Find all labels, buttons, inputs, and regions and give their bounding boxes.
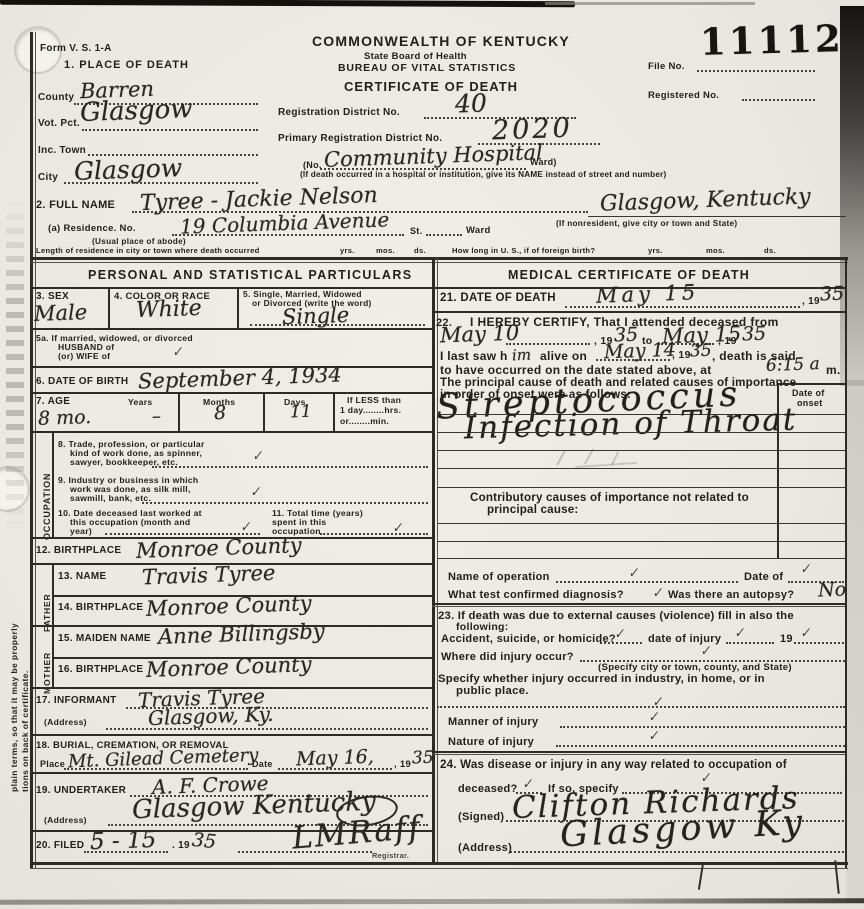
m-label: m.	[826, 364, 841, 376]
to-year: 35	[742, 325, 767, 345]
certificate-title: CERTIFICATE OF DEATH	[344, 80, 518, 93]
onset-box-top	[777, 383, 845, 385]
age-months-value: 8	[214, 404, 227, 423]
operation-line	[556, 581, 738, 583]
contrib-rule2	[437, 541, 845, 542]
section24-top	[432, 751, 845, 753]
length-mos: mos.	[376, 247, 395, 255]
cause-line2-value: Infection of Throat	[464, 405, 798, 445]
signed-addr-line	[510, 851, 844, 853]
onset-label1: Date of	[792, 389, 825, 398]
autopsy-answer: No	[818, 581, 847, 601]
dateof-checkmark: ✓	[799, 562, 812, 576]
age-label: 7. AGE	[36, 397, 70, 407]
us-ds: ds.	[764, 247, 776, 255]
signature-descender-2	[834, 860, 840, 894]
operation-label: Name of operation	[448, 572, 550, 583]
dateof-label: Date of	[744, 572, 783, 583]
row21-bottom	[432, 311, 845, 313]
mother-name-label: 15. MAIDEN NAME	[58, 634, 151, 644]
signed-addr-label: (Address)	[458, 843, 512, 854]
registrar-label: Registrar.	[372, 852, 409, 859]
time-value: 6:15 a	[766, 356, 820, 375]
deceased-label: deceased?	[458, 784, 518, 795]
dod-year: 35	[820, 285, 845, 305]
registrar-signature: LMRaff	[291, 812, 423, 854]
margin-note-line1: plain terms, so that it may be properly	[9, 623, 20, 792]
dod-line	[565, 306, 800, 308]
dob-value: September 4, 1934	[138, 364, 342, 392]
marital-line	[250, 324, 425, 326]
age-less-line2: 1 day........hrs.	[340, 406, 401, 415]
death-certificate-scan: plain terms, so that it may be properly …	[0, 0, 864, 909]
sex-color-divider	[108, 287, 110, 328]
st-line	[426, 234, 462, 236]
cause-rule5	[437, 487, 845, 488]
to-19: , 19	[718, 336, 737, 347]
father-bp-label: 14. BIRTHPLACE	[58, 603, 143, 613]
columns-top-border2	[30, 262, 848, 263]
column-divider-inner	[437, 257, 438, 862]
doi-19-label: 19	[780, 634, 793, 645]
burial-place-line	[64, 768, 248, 770]
r9-line	[142, 502, 428, 504]
attended-from-line	[506, 343, 590, 345]
age-value: 8 mo.	[38, 408, 92, 429]
autopsy-label: Was there an autopsy?	[668, 590, 794, 601]
st-label: St.	[410, 227, 422, 236]
us-mos: mos.	[706, 247, 725, 255]
place-of-death-title: 1. PLACE OF DEATH	[64, 60, 189, 71]
dob-label: 6. DATE OF BIRTH	[36, 377, 128, 387]
ward-label: Ward	[466, 226, 491, 236]
age-div3	[333, 392, 335, 431]
county-label: County	[38, 93, 74, 103]
nature-checkmark: ✓	[647, 729, 660, 743]
informant-addr-line	[106, 728, 428, 730]
hospital-note: (If death occurred in a hospital or inst…	[300, 171, 666, 179]
cause-rule3	[437, 450, 845, 451]
doi-year-line	[794, 642, 844, 644]
r5a-checkmark: ✓	[171, 345, 184, 359]
margin-faint-text	[6, 200, 24, 530]
occurred-text: to have occurred on the date stated abov…	[440, 364, 712, 376]
section23-top2	[432, 606, 845, 607]
us-yrs: yrs.	[648, 247, 663, 255]
undertaker-addr-label: (Address)	[44, 816, 87, 825]
inc-town-label: Inc. Town	[38, 146, 86, 156]
saw-text1: I last saw h	[440, 350, 508, 362]
filed-line	[84, 851, 168, 853]
vot-pct-value: Glasgow	[80, 96, 193, 126]
reg-district-value: 40	[455, 90, 488, 116]
informant-addr-value: Glasgow, Ky.	[148, 704, 274, 728]
age-div1	[178, 392, 180, 431]
saw-year: 35	[690, 343, 712, 361]
age-less-line1: If LESS than	[347, 396, 401, 405]
saw-19: , 19	[672, 350, 691, 361]
birthplace-value: Monroe County	[136, 535, 302, 562]
personal-title-bottom	[30, 287, 432, 289]
filed-19-label: . 19	[172, 841, 190, 851]
dod-value: May 15	[596, 282, 700, 307]
onset-label2: onset	[797, 399, 823, 408]
birthplace-label: 12. BIRTHPLACE	[36, 546, 121, 556]
undertaker-label: 19. UNDERTAKER	[36, 786, 126, 796]
burial-19-label: , 19	[394, 760, 411, 770]
personal-title: PERSONAL AND STATISTICAL PARTICULARS	[88, 269, 412, 282]
row3-bottom	[30, 328, 432, 330]
primary-district-label: Primary Registration District No.	[278, 134, 442, 144]
father-bp-value: Monroe County	[146, 593, 312, 620]
mother-name-value: Anne Billingsby	[158, 621, 325, 648]
age-years-value: –	[152, 408, 162, 426]
test-checkmark: ✓	[651, 586, 664, 600]
bureau: BUREAU OF VITAL STATISTICS	[338, 63, 516, 74]
informant-addr-label: (Address)	[44, 718, 87, 727]
saw-text2: alive on	[540, 350, 587, 362]
doi-line	[726, 642, 774, 644]
columns-top-border	[30, 257, 848, 260]
accident-label: Accident, suicide, or homicide?	[441, 634, 616, 645]
hospital-no-label: (No.	[303, 161, 322, 170]
manner-label: Manner of injury	[448, 717, 538, 728]
row7-bottom	[30, 431, 432, 433]
n23-text2: following:	[456, 622, 509, 633]
city-label: City	[38, 173, 58, 183]
occupation-cell-divider	[52, 431, 54, 537]
burial-place-label: Place	[40, 760, 65, 769]
contrib-rule1	[437, 523, 845, 524]
specify-note: (Specify city or town, county, and State…	[598, 663, 792, 673]
residence-value: 19 Columbia Avenue	[180, 209, 390, 236]
spec-text1: Specify whether injury occurred in indus…	[438, 674, 765, 685]
form-bottom-border2	[30, 868, 848, 869]
age-years-header: Years	[128, 398, 152, 407]
scan-edge-bottom	[0, 898, 864, 905]
burial-date-value: May 16,	[296, 748, 374, 770]
occupation-side-label: OCCUPATION	[42, 473, 52, 540]
contrib-rule3	[437, 558, 845, 559]
manner-line	[560, 726, 845, 728]
burial-date-line	[278, 768, 392, 770]
burial-year-value: 35	[412, 750, 434, 768]
nature-line	[556, 745, 845, 747]
test-label: What test confirmed diagnosis?	[448, 590, 624, 601]
accident-checkmark: ✓	[613, 627, 626, 641]
accident-line	[600, 642, 642, 644]
father-name-label: 13. NAME	[58, 572, 107, 582]
signed-label: (Signed)	[458, 812, 504, 823]
form-number: Form V. S. 1-A	[40, 44, 112, 54]
public-place-line	[437, 706, 845, 708]
doi-checkmark: ✓	[733, 626, 746, 640]
section24-top2	[432, 754, 845, 755]
nonresident-note: (If nonresident, give city or town and S…	[556, 220, 737, 228]
abode-note: (Usual place of abode)	[92, 238, 186, 246]
residence-label: (a) Residence. No.	[48, 224, 136, 234]
r5a-line3: (or) WIFE of	[58, 352, 110, 361]
spec-text2: public place.	[456, 686, 529, 697]
r9-checkmark: ✓	[249, 485, 262, 499]
mother-bp-label: 16. BIRTHPLACE	[58, 665, 143, 675]
section23-top	[432, 603, 845, 605]
r10-line3: year)	[70, 527, 92, 536]
form-left-border	[30, 32, 33, 868]
column-divider	[432, 257, 435, 862]
where-checkmark: ✓	[699, 644, 712, 658]
us-label: How long in U. S., if of foreign birth?	[452, 247, 595, 255]
medical-title: MEDICAL CERTIFICATE OF DEATH	[508, 269, 750, 282]
him-hw: im	[512, 348, 532, 364]
form-right-border	[845, 257, 847, 868]
operation-checkmark: ✓	[627, 566, 640, 580]
doi-label: date of injury	[648, 634, 721, 645]
age-less-line3: or........min.	[340, 417, 389, 426]
length-ds: ds.	[414, 247, 426, 255]
length-yrs: yrs.	[340, 247, 355, 255]
mother-cell-divider	[52, 625, 54, 687]
color-marital-divider	[237, 287, 239, 328]
full-name-label: 2. FULL NAME	[36, 200, 115, 211]
contrib-text1: Contributory causes of importance not re…	[470, 492, 749, 504]
filed-year-value: 35	[191, 831, 217, 852]
r9-line3: sawmill, bank, etc.	[70, 494, 151, 503]
length-residence-label: Length of residence in city or town wher…	[36, 247, 260, 255]
manner-checkmark: ✓	[647, 710, 660, 724]
row6-bottom	[30, 392, 432, 394]
r8-checkmark: ✓	[251, 449, 264, 463]
mother-bp-value: Monroe County	[146, 654, 312, 681]
ward-paren-label: Ward)	[530, 158, 557, 167]
age-div2	[263, 392, 265, 431]
father-cell-divider	[52, 563, 54, 625]
signature-descender-1	[698, 862, 704, 890]
state-board: State Board of Health	[364, 52, 467, 62]
vot-pct-label: Vot. Pct.	[38, 119, 80, 129]
scan-edge-top	[0, 0, 575, 7]
saw-date-value: May 14	[604, 341, 676, 362]
color-value: White	[136, 298, 202, 322]
full-name-right-line	[588, 216, 846, 217]
commonwealth-title: COMMONWEALTH OF KENTUCKY	[312, 34, 570, 48]
burial-date-label: Date	[252, 760, 273, 769]
contrib-text2: principal cause:	[487, 504, 578, 516]
sex-value: Male	[34, 302, 88, 325]
dod-label: 21. DATE OF DEATH	[440, 293, 556, 305]
city-line	[64, 182, 258, 184]
filed-label: 20. FILED	[36, 841, 84, 851]
informant-label: 17. INFORMANT	[36, 696, 117, 706]
row17-bottom	[30, 734, 432, 736]
serial-number: 11112	[700, 20, 845, 61]
nature-label: Nature of injury	[448, 737, 534, 748]
n24-text: 24. Was disease or injury in any way rel…	[440, 759, 787, 771]
r11-line	[320, 533, 428, 535]
where-label: Where did injury occur?	[441, 652, 574, 663]
father-name-value: Travis Tyree	[142, 563, 276, 589]
scan-edge-right-lower	[846, 380, 864, 900]
residence-line	[172, 234, 404, 236]
vot-pct-line	[82, 129, 258, 131]
registered-no-line	[742, 99, 815, 101]
doi-year-checkmark: ✓	[799, 626, 812, 640]
pencil-mark-1	[556, 450, 565, 465]
registered-no-label: Registered No.	[648, 91, 719, 101]
scan-edge-right	[840, 6, 864, 386]
cause-rule4	[437, 468, 845, 469]
reg-district-label: Registration District No.	[278, 108, 400, 118]
file-no-label: File No.	[648, 62, 685, 72]
form-bottom-border	[30, 862, 848, 865]
full-name-right-value: Glasgow, Kentucky	[600, 186, 811, 215]
margin-note: plain terms, so that it may be properly …	[9, 623, 32, 792]
signed-addr-value: Glasgow Ky	[559, 806, 807, 854]
age-days-value: 11	[290, 404, 312, 422]
scan-edge-top-right	[545, 2, 755, 5]
r8-line	[152, 466, 428, 468]
dod-19-label: , 19	[802, 297, 820, 307]
file-no-line	[697, 70, 815, 72]
cause-rule2	[437, 432, 845, 433]
hospital-value: Community Hospital	[324, 142, 543, 171]
city-value: Glasgow	[74, 155, 183, 184]
